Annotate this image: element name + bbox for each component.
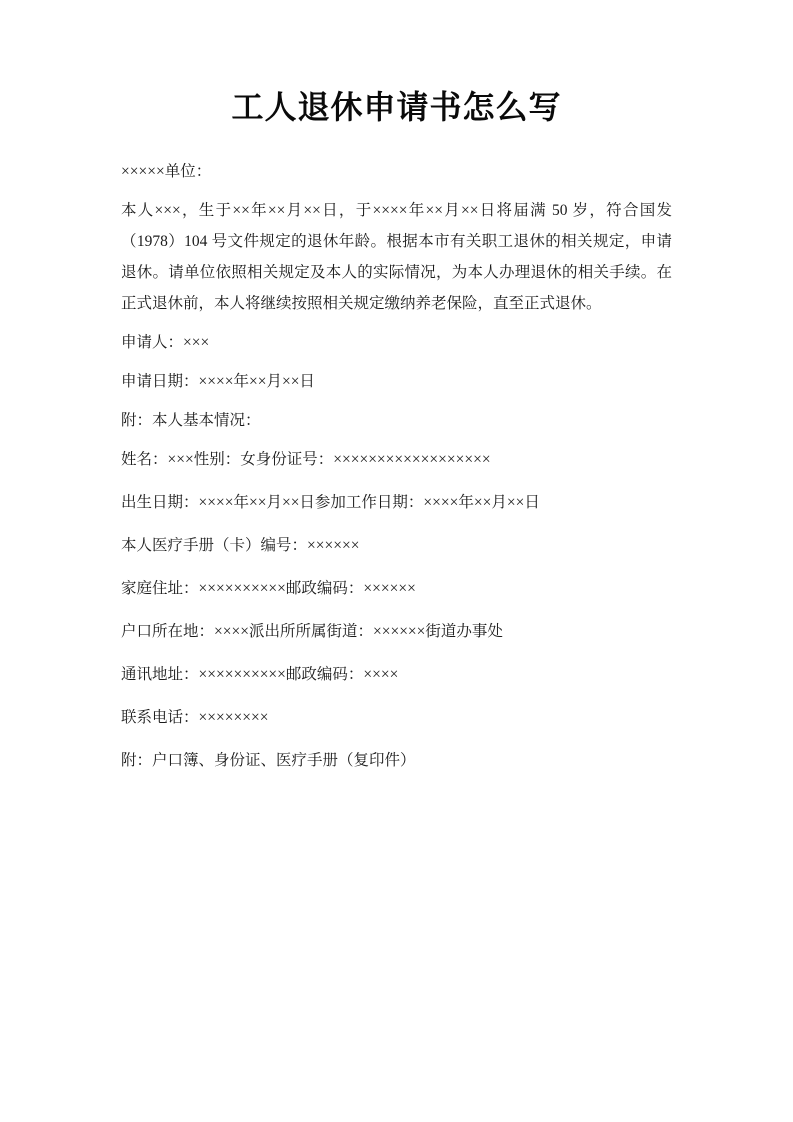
- info-line-medical-card-number: 本人医疗手册（卡）编号：××××××: [121, 530, 672, 561]
- attachment-documents-line: 附：户口簿、身份证、医疗手册（复印件）: [121, 745, 672, 776]
- document-title: 工人退休申请书怎么写: [121, 88, 672, 126]
- body-paragraph: 本人×××，生于××年××月××日，于××××年××月××日将届满 50 岁，符…: [121, 195, 672, 319]
- application-date-line: 申请日期：××××年××月××日: [121, 366, 672, 397]
- info-line-birth-workstart-date: 出生日期：××××年××月××日参加工作日期：××××年××月××日: [121, 487, 672, 518]
- applicant-line: 申请人：×××: [121, 327, 672, 358]
- salutation-line: ×××××单位：: [121, 156, 672, 187]
- attachment-intro-line: 附：本人基本情况：: [121, 405, 672, 436]
- info-line-home-address-postcode: 家庭住址：××××××××××邮政编码：××××××: [121, 573, 672, 604]
- document-page: 工人退休申请书怎么写 ×××××单位： 本人×××，生于××年××月××日，于×…: [0, 0, 793, 1122]
- info-line-name-gender-id: 姓名：×××性别：女身份证号：××××××××××××××××××: [121, 444, 672, 475]
- info-line-household-registration: 户口所在地：××××派出所所属街道：××××××街道办事处: [121, 616, 672, 647]
- info-line-mailing-address-postcode: 通讯地址：××××××××××邮政编码：××××: [121, 659, 672, 690]
- info-line-contact-phone: 联系电话：××××××××: [121, 702, 672, 733]
